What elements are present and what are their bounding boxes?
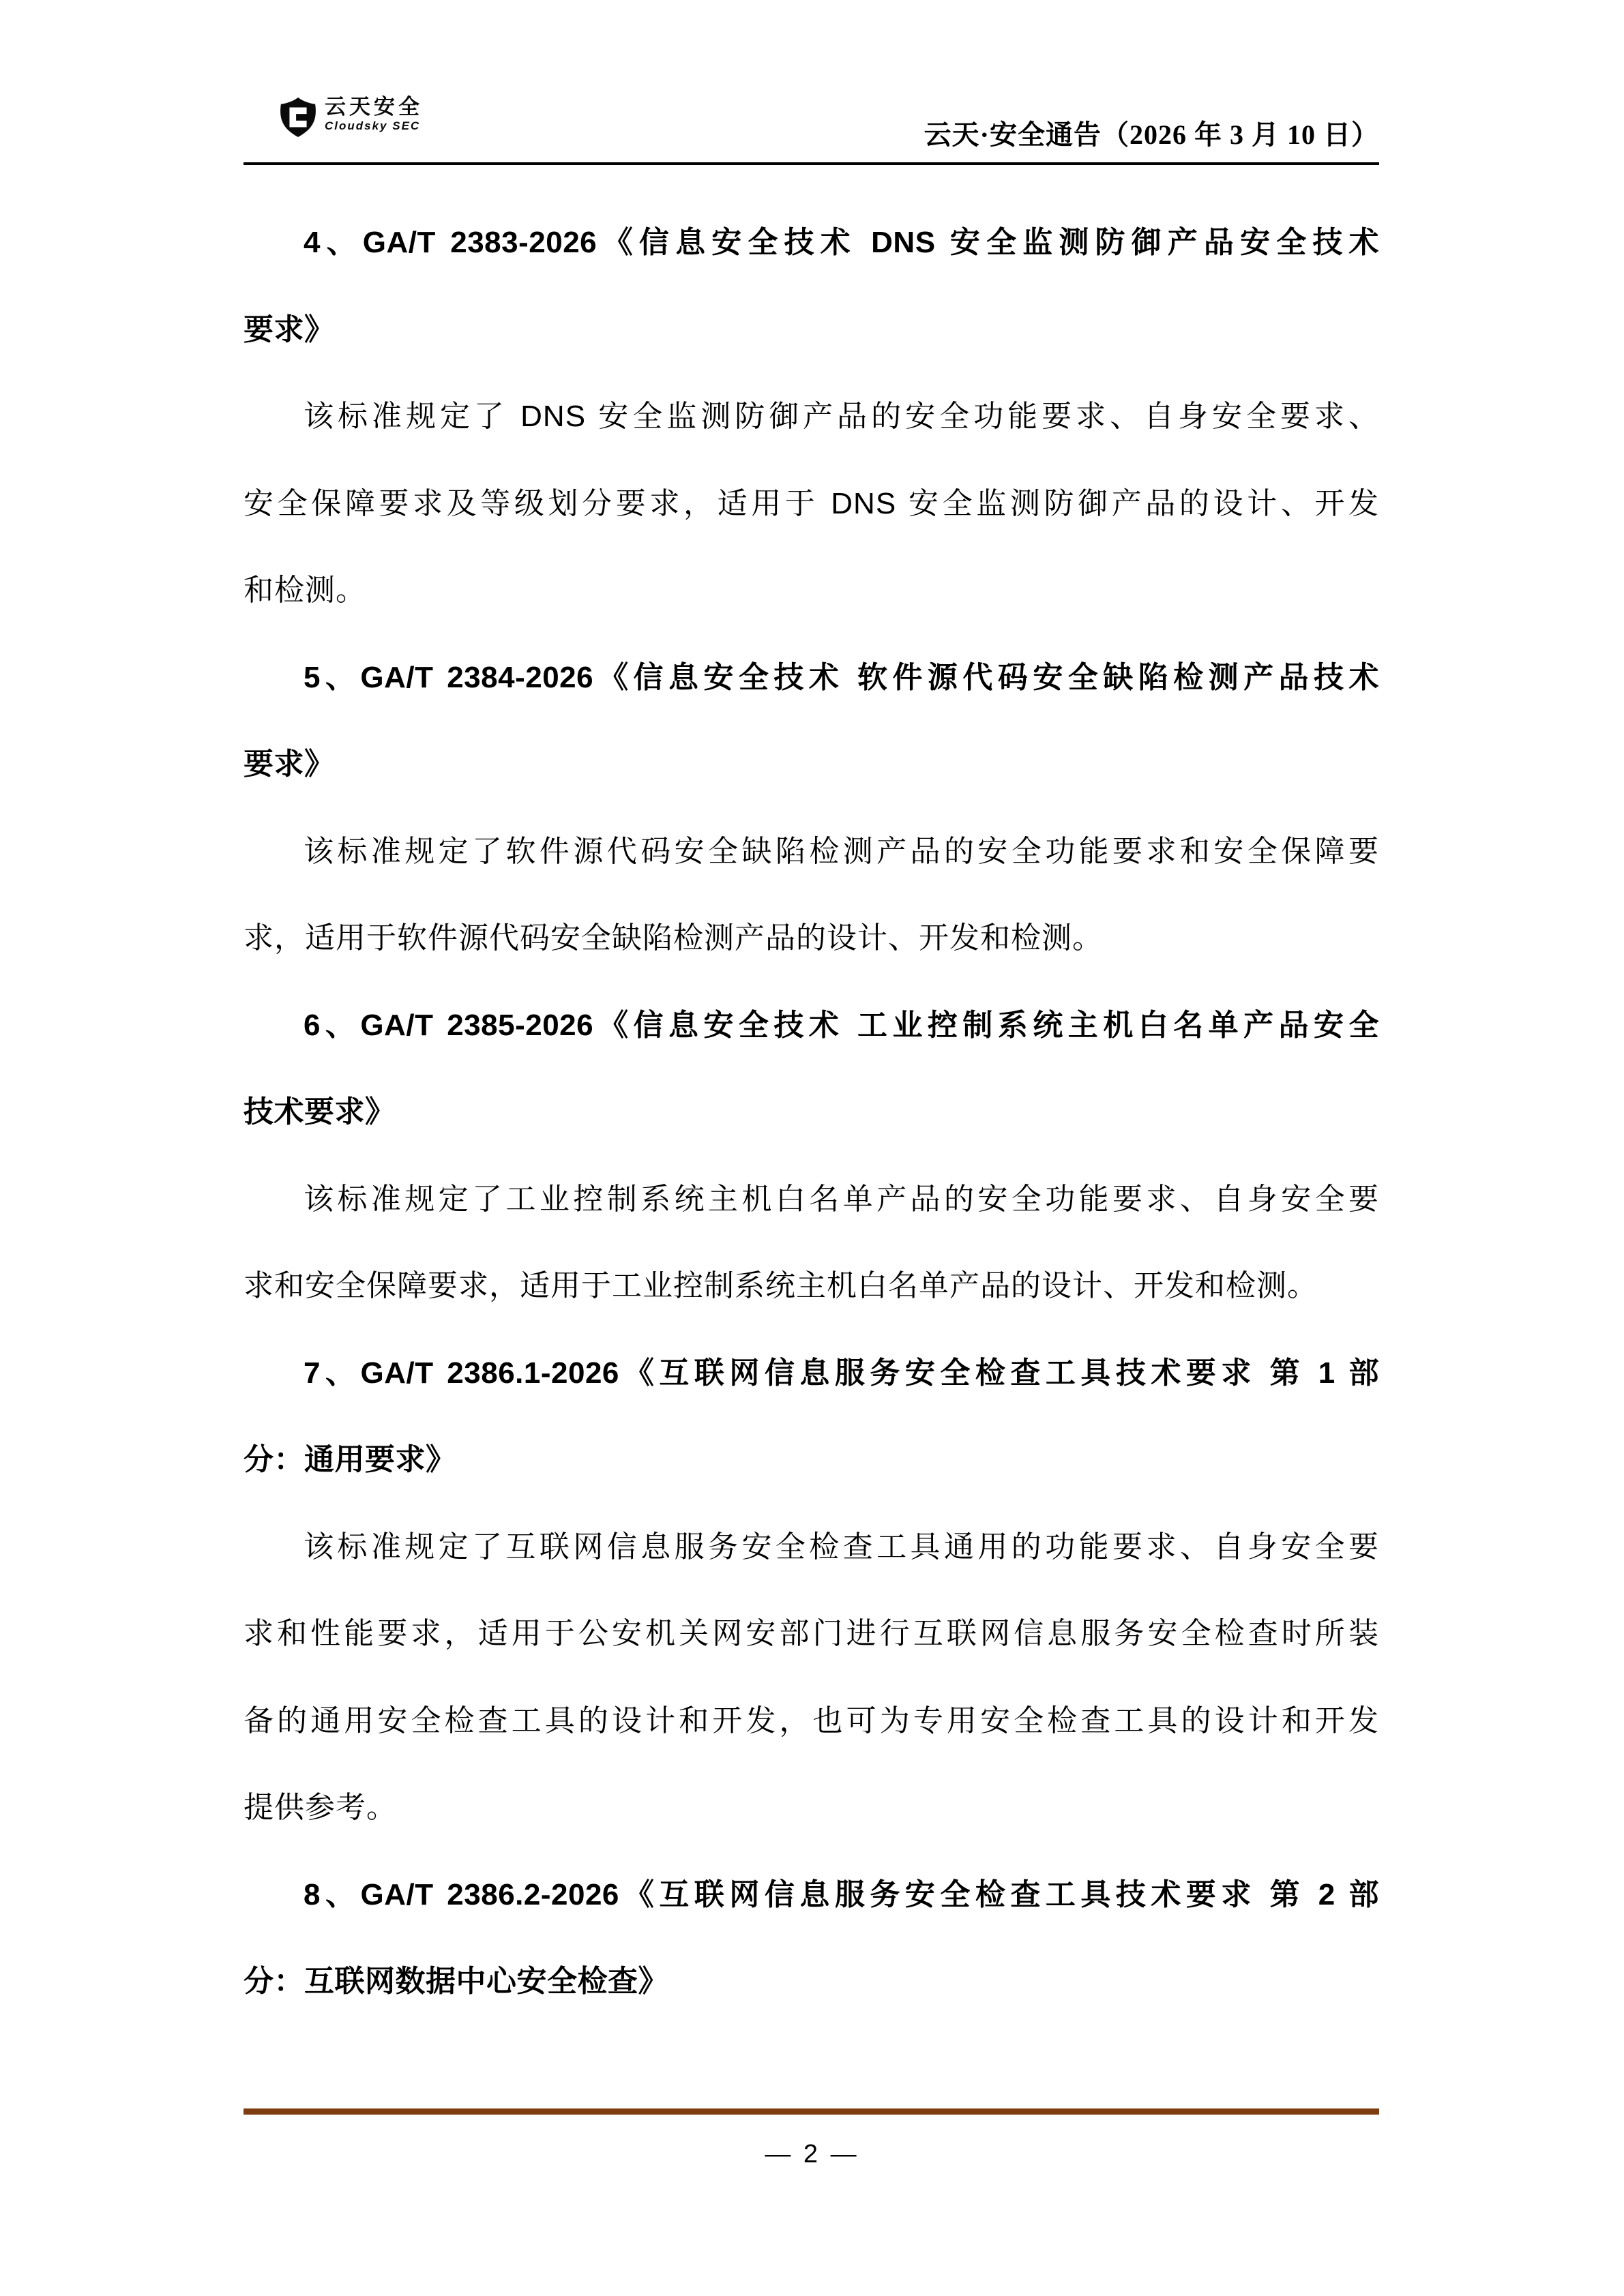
- item6-paragraph-line2: 求和安全保障要求，适用于工业控制系统主机白名单产品的设计、开发和检测。: [243, 1242, 1379, 1330]
- item6-paragraph-line1: 该标准规定了工业控制系统主机白名单产品的安全功能要求、自身安全要: [243, 1156, 1379, 1243]
- document-header-title: 云天·安全通告（2026 年 3 月 10 日）: [924, 113, 1379, 152]
- logo-text-block: 云天安全 Cloudsky SEC: [325, 95, 423, 134]
- item5-heading-line1: 5、GA/T 2384-2026《信息安全技术 软件源代码安全缺陷检测产品技术: [243, 634, 1379, 721]
- item8-heading-line1: 8、GA/T 2386.2-2026《互联网信息服务安全检查工具技术要求 第 2…: [243, 1851, 1379, 1939]
- item7-paragraph-line3: 备的通用安全检查工具的设计和开发，也可为专用安全检查工具的设计和开发: [243, 1678, 1379, 1765]
- item4-paragraph-line2: 安全保障要求及等级划分要求，适用于 DNS 安全监测防御产品的设计、开发: [243, 460, 1379, 548]
- item7-paragraph-line4: 提供参考。: [243, 1764, 1379, 1851]
- shield-c-logo-icon: [278, 95, 318, 139]
- item4-paragraph-line3: 和检测。: [243, 547, 1379, 634]
- item4-heading-line2: 要求》: [243, 286, 1379, 374]
- logo-name-en: Cloudsky SEC: [325, 119, 423, 134]
- item6-heading-line2: 技术要求》: [243, 1069, 1379, 1156]
- item4-heading-line1: 4、GA/T 2383-2026《信息安全技术 DNS 安全监测防御产品安全技术: [243, 199, 1379, 286]
- item7-heading-line2: 分：通用要求》: [243, 1416, 1379, 1504]
- company-logo: 云天安全 Cloudsky SEC: [278, 95, 423, 139]
- item7-paragraph-line1: 该标准规定了互联网信息服务安全检查工具通用的功能要求、自身安全要: [243, 1504, 1379, 1591]
- document-body: 4、GA/T 2383-2026《信息安全技术 DNS 安全监测防御产品安全技术…: [243, 199, 1379, 2025]
- page-header: 云天安全 Cloudsky SEC 云天·安全通告（2026 年 3 月 10 …: [0, 0, 1624, 170]
- page-number: — 2 —: [0, 2140, 1624, 2169]
- document-page: { "header": { "logo": { "symbol": "C", "…: [0, 0, 1624, 2296]
- item4-paragraph-line1: 该标准规定了 DNS 安全监测防御产品的安全功能要求、自身安全要求、: [243, 373, 1379, 460]
- item5-heading-line2: 要求》: [243, 721, 1379, 808]
- item5-paragraph-line1: 该标准规定了软件源代码安全缺陷检测产品的安全功能要求和安全保障要: [243, 808, 1379, 895]
- item8-heading-line2: 分：互联网数据中心安全检查》: [243, 1938, 1379, 2025]
- header-divider-line: [243, 162, 1379, 165]
- item7-paragraph-line2: 求和性能要求，适用于公安机关网安部门进行互联网信息服务安全检查时所装: [243, 1590, 1379, 1678]
- footer-divider-line: [243, 2108, 1379, 2115]
- item5-paragraph-line2: 求，适用于软件源代码安全缺陷检测产品的设计、开发和检测。: [243, 895, 1379, 982]
- item6-heading-line1: 6、GA/T 2385-2026《信息安全技术 工业控制系统主机白名单产品安全: [243, 982, 1379, 1069]
- logo-name-cn: 云天安全: [325, 95, 423, 119]
- item7-heading-line1: 7、GA/T 2386.1-2026《互联网信息服务安全检查工具技术要求 第 1…: [243, 1330, 1379, 1417]
